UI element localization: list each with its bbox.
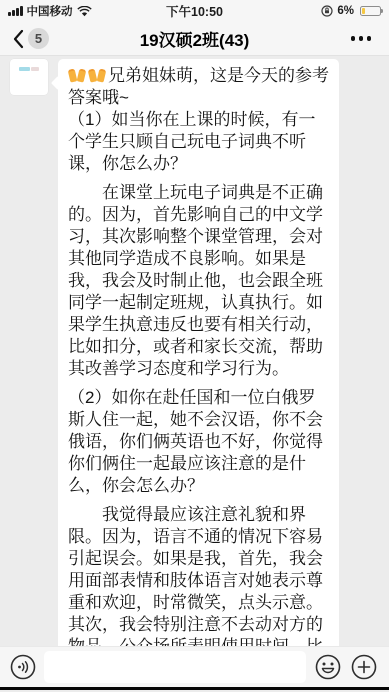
battery-low-icon [360,6,381,17]
sender-avatar[interactable] [10,59,48,95]
message-input[interactable] [44,651,306,683]
chat-scroll-area[interactable]: 兄弟姐妹萌，这是今天的参考答案哦~ （1）如当你在上课的时候，有一个学生只顾自己… [0,56,389,646]
ellipsis-icon [351,36,356,41]
chat-title: 19汉硕2班(43) [70,26,319,51]
screen-bottom-edge [0,687,389,690]
carrier-label: 中国移动 [27,3,73,19]
nav-bar: 5 19汉硕2班(43) [0,22,389,56]
input-bar [0,646,389,687]
emoji-button[interactable] [315,654,341,680]
chat-bubble[interactable]: 兄弟姐妹萌，这是今天的参考答案哦~ （1）如当你在上课的时候，有一个学生只顾自己… [58,59,339,646]
message-row: 兄弟姐妹萌，这是今天的参考答案哦~ （1）如当你在上课的时候，有一个学生只顾自己… [0,56,389,646]
unread-count-badge: 5 [28,28,49,49]
wifi-icon [77,6,92,17]
chevron-left-icon [12,29,24,49]
plus-button[interactable] [351,654,377,680]
more-button[interactable] [347,22,376,55]
voice-button[interactable] [10,654,36,680]
raising-hands-emoji [88,67,107,82]
back-button[interactable]: 5 [0,28,49,49]
message-intro-text: 兄弟姐妹萌，这是今天的参考答案哦~ [68,66,329,107]
message-question-2: （2）如你在赴任国和一位白俄罗斯人住一起，她不会汉语，你不会俄语，你们俩英语也不… [68,387,329,497]
message-intro: 兄弟姐妹萌，这是今天的参考答案哦~ [68,65,329,109]
raising-hands-emoji [68,67,87,82]
message-answer-2: 我觉得最应该注意礼貌和界限。因为，语言不通的情况下容易引起误会。如果是我，首先，… [68,504,329,646]
battery-percent-label: 6% [337,5,354,17]
message-question-1: （1）如当你在上课的时候，有一个学生只顾自己玩电子词典不听课，你怎么办？ [68,109,329,175]
message-answer-1: 在课堂上玩电子词典是不正确的。因为，首先影响自己的中文学习，其次影响整个课堂管理… [68,182,329,380]
status-bar: 中国移动 下午10:50 6% [0,0,389,22]
orientation-lock-icon [321,5,333,17]
cellular-signal-icon [8,6,23,16]
